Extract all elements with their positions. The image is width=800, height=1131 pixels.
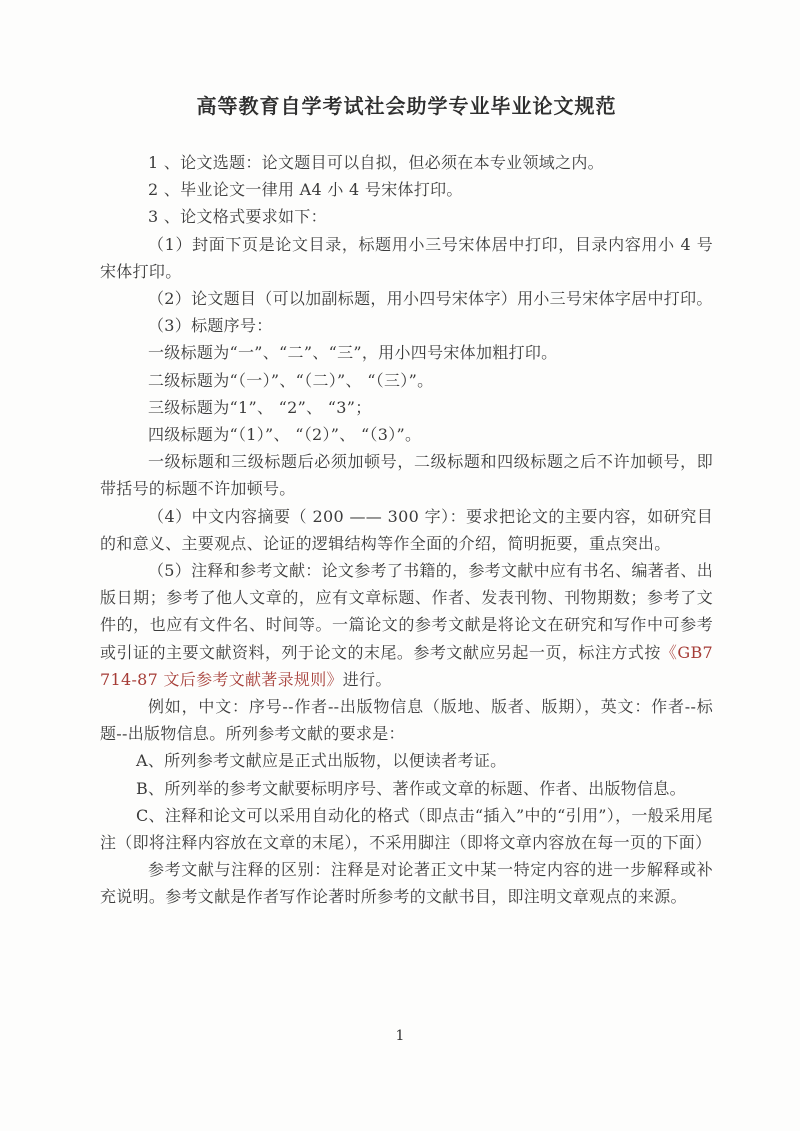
- text-segment: 三级标题为“1”、 “2”、 “3”；: [148, 398, 372, 417]
- paragraph: B、所列举的参考文献要标明序号、著作或文章的标题、作者、出版物信息。: [100, 775, 713, 802]
- text-segment: A、所列参考文献应是正式出版物，以便读者考证。: [136, 751, 506, 770]
- paragraph: （4）中文内容摘要（ 200 —— 300 字）：要求把论文的主要内容，如研究目…: [100, 503, 713, 557]
- paragraph: 例如，中文：序号--作者--出版物信息（版地、版者、版期），英文：作者--标题-…: [100, 693, 713, 747]
- paragraph: 一级标题为“一”、“二”、“三”，用小四号宋体加粗打印。: [100, 339, 713, 366]
- paragraph: 四级标题为“（1）”、 “（2）”、 “（3）”。: [100, 421, 713, 448]
- text-segment: C、注释和论文可以采用自动化的格式（即点击“插入”中的“引用”），一般采用尾注（…: [100, 806, 713, 852]
- text-segment: 参考文献与注释的区别：注释是对论著正文中某一特定内容的进一步解释或补充说明。参考…: [100, 860, 713, 906]
- text-segment: 四级标题为“（1）”、 “（2）”、 “（3）”。: [148, 425, 421, 444]
- text-segment: 例如，中文：序号--作者--出版物信息（版地、版者、版期），英文：作者--标题-…: [100, 697, 713, 743]
- paragraph: （3）标题序号：: [100, 312, 713, 339]
- text-segment: 2 、毕业论文一律用 A4 小 4 号宋体打印。: [148, 180, 463, 199]
- paragraph: A、所列参考文献应是正式出版物，以便读者考证。: [100, 747, 713, 774]
- paragraph: C、注释和论文可以采用自动化的格式（即点击“插入”中的“引用”），一般采用尾注（…: [100, 802, 713, 856]
- paragraph: 一级标题和三级标题后必须加顿号，二级标题和四级标题之后不许加顿号，即带括号的标题…: [100, 448, 713, 502]
- paragraph: 三级标题为“1”、 “2”、 “3”；: [100, 394, 713, 421]
- paragraph: （1）封面下页是论文目录，标题用小三号宋体居中打印，目录内容用小 4 号宋体打印…: [100, 231, 713, 285]
- text-segment: 一级标题为“一”、“二”、“三”，用小四号宋体加粗打印。: [148, 343, 557, 362]
- document-content: 高等教育自学考试社会助学专业毕业论文规范 1 、论文选题：论文题目可以自拟，但必…: [0, 0, 800, 911]
- text-segment: 一级标题和三级标题后必须加顿号，二级标题和四级标题之后不许加顿号，即带括号的标题…: [100, 452, 713, 498]
- text-segment: （2）论文题目（可以加副标题，用小四号宋体字）用小三号宋体字居中打印。: [148, 289, 713, 308]
- text-segment: （5）注释和参考文献：论文参考了书籍的，参考文献中应有书名、编著者、出版日期；参…: [100, 561, 713, 662]
- text-segment: （3）标题序号：: [148, 316, 273, 335]
- paragraph: 2 、毕业论文一律用 A4 小 4 号宋体打印。: [100, 176, 713, 203]
- paragraph: 3 、论文格式要求如下：: [100, 203, 713, 230]
- paragraph: 参考文献与注释的区别：注释是对论著正文中某一特定内容的进一步解释或补充说明。参考…: [100, 856, 713, 910]
- paragraph: （5）注释和参考文献：论文参考了书籍的，参考文献中应有书名、编著者、出版日期；参…: [100, 557, 713, 693]
- text-segment: B、所列举的参考文献要标明序号、著作或文章的标题、作者、出版物信息。: [136, 779, 686, 798]
- document-body: 1 、论文选题：论文题目可以自拟，但必须在本专业领域之内。2 、毕业论文一律用 …: [100, 149, 713, 911]
- text-segment: （1）封面下页是论文目录，标题用小三号宋体居中打印，目录内容用小 4 号宋体打印…: [100, 235, 713, 281]
- text-segment: 3 、论文格式要求如下：: [148, 207, 327, 226]
- text-segment: 二级标题为“（一）”、“（二）”、 “（三）”。: [148, 371, 433, 390]
- paragraph: （2）论文题目（可以加副标题，用小四号宋体字）用小三号宋体字居中打印。: [100, 285, 713, 312]
- text-segment: 进行。: [343, 670, 392, 689]
- document-page: 高等教育自学考试社会助学专业毕业论文规范 1 、论文选题：论文题目可以自拟，但必…: [0, 0, 800, 1131]
- text-segment: （4）中文内容摘要（ 200 —— 300 字）：要求把论文的主要内容，如研究目…: [100, 507, 713, 553]
- text-segment: 1 、论文选题：论文题目可以自拟，但必须在本专业领域之内。: [148, 153, 604, 172]
- document-title: 高等教育自学考试社会助学专业毕业论文规范: [100, 93, 713, 120]
- page-number: 1: [0, 1028, 800, 1044]
- paragraph: 二级标题为“（一）”、“（二）”、 “（三）”。: [100, 367, 713, 394]
- paragraph: 1 、论文选题：论文题目可以自拟，但必须在本专业领域之内。: [100, 149, 713, 176]
